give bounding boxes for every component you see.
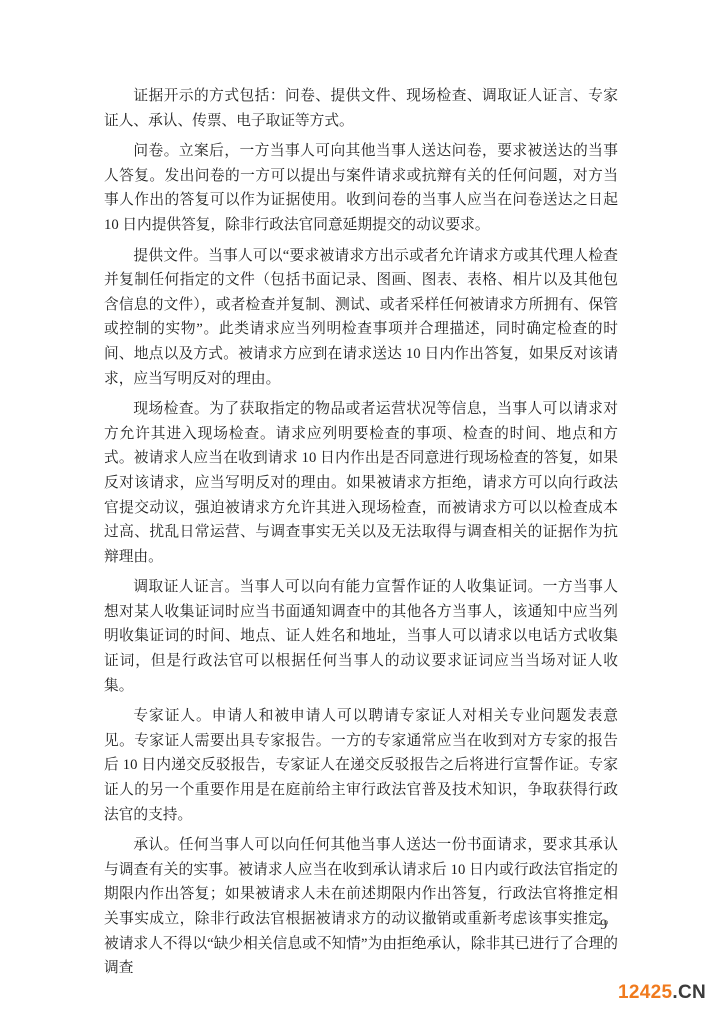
body-text: 证据开示的方式包括：问卷、提供文件、现场检查、调取证人证言、专家证人、承认、传票… (104, 84, 618, 987)
document-page: 证据开示的方式包括：问卷、提供文件、现场检查、调取证人证言、专家证人、承认、传票… (0, 0, 720, 1018)
paragraph: 专家证人。申请人和被申请人可以聘请专家证人对相关专业问题发表意见。专家证人需要出… (104, 704, 618, 827)
paragraph: 提供文件。当事人可以“要求被请求方出示或者允许请求方或其代理人检查并复制任何指定… (104, 244, 618, 392)
paragraph: 证据开示的方式包括：问卷、提供文件、现场检查、调取证人证言、专家证人、承认、传票… (104, 84, 618, 133)
paragraph: 调取证人证言。当事人可以向有能力宣誓作证的人收集证词。一方当事人想对某人收集证词… (104, 575, 618, 698)
page-number: 9 (600, 917, 607, 934)
watermark-brand: 12425 (618, 982, 672, 1003)
paragraph: 承认。任何当事人可以向任何其他当事人送达一份书面请求，要求其承认与调查有关的实事… (104, 833, 618, 981)
watermark: 12425.CN (618, 982, 706, 1004)
paragraph: 现场检查。为了获取指定的物品或者运营状况等信息，当事人可以请求对方允许其进入现场… (104, 397, 618, 569)
paragraph: 问卷。立案后，一方当事人可向其他当事人送达问卷，要求被送达的当事人答复。发出问卷… (104, 139, 618, 237)
watermark-suffix: .CN (672, 982, 706, 1003)
